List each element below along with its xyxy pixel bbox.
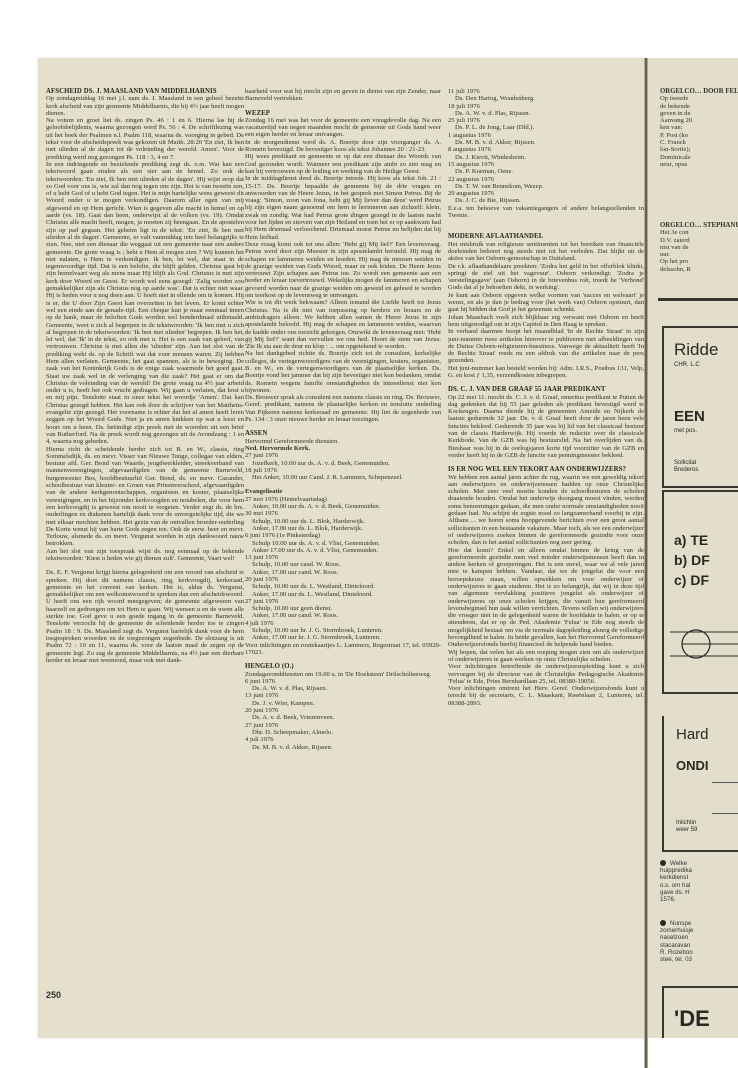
notice-nunspeet-body: zomerhuisjenaselzoenstacaravanR. Rozeboo… <box>660 927 693 963</box>
paragraph: In de morgendienst werd ds. A. Boertje d… <box>245 139 441 154</box>
text-line: P. Post (ko <box>660 132 738 139</box>
paragraph: Hierna richt de scheidende herder zich t… <box>46 446 244 548</box>
paragraph: Voor inlichtingen betreffende de onderwi… <box>448 663 644 685</box>
bullet-icon <box>660 920 666 926</box>
assen-info: Voor inlichtingen en routekaartjes L. La… <box>245 642 441 657</box>
text-line: de bekende <box>660 103 738 110</box>
ad-ridder-sub: CHR. L.C <box>674 362 700 368</box>
text-line: nist van de <box>660 244 738 251</box>
orgelconcert-1: ORGELCO… DOOR FEI… ST. STEVE… Op tweeded… <box>660 88 738 168</box>
schedule-date: 8 augustus 1976 <box>448 146 644 153</box>
schedule-date: 18 juli 1976 <box>448 103 644 110</box>
heading-wezep: WEZEP <box>245 110 441 117</box>
heading-aflaathandel: MODERNE AFLAATHANDEL <box>448 233 644 240</box>
schedule-date: 25 juli 1976 <box>448 117 644 124</box>
hengelo-note: E.e.a. ten behoeve van vakantiegangers o… <box>448 205 644 220</box>
schedule-entry: Anker, 17.00 uur ds. L. Blok, Harderwijk… <box>245 525 441 532</box>
ad-harderwijk-footer-line: Inlichtin <box>676 820 697 827</box>
schedule-date: 20 juni 1976 <box>245 707 441 714</box>
heading-orgelconcert-1: ORGELCO… DOOR FEI… ST. STEVE… <box>660 88 738 95</box>
notice-welke: Welke hulppredikakerkdiensto.s. om halga… <box>660 860 692 903</box>
text-line: neur, opus <box>660 161 738 168</box>
paragraph: Deze vraag komt ook tot ons allen: 'Hebt… <box>245 241 441 299</box>
paragraph: De r.k. aflaathandelaars preekten: 'Zodr… <box>448 263 644 292</box>
schedule-entry: Ds. M. B. v. d. Akker, Rijssen. <box>448 139 644 146</box>
heading-assen: ASSEN <box>245 430 441 437</box>
schedule-entry: Ds. T. W. van Bennekom, Wezep. <box>448 183 644 190</box>
ad-harderwijk-title: Hard <box>676 726 709 743</box>
bullet-icon <box>660 860 666 866</box>
text-line: Op het pro <box>660 258 738 265</box>
schedule-entry: Ds. M. B. v. d. Akker, Rijssen. <box>245 744 441 751</box>
paragraph: Op zondagmiddag 16 mei j.l. nam ds. J. M… <box>46 95 244 117</box>
ad-ridder-footer-line: Sollicitat <box>674 460 698 467</box>
paragraph: Het juni-nummer kan besteld worden bij: … <box>448 365 644 380</box>
paragraph: In de middagdienst deed ds. Boertje intr… <box>245 175 441 241</box>
paragraph: Het misbruik van religieuze sentimenten … <box>448 241 644 263</box>
text-line: Dominicale <box>660 154 738 161</box>
schedule-entry: Ds. J. v. Wier, Kampen. <box>245 700 441 707</box>
text-line: Het 3e con <box>660 229 738 236</box>
column-3: 11 juli 1976Ds. Den Hartog, Woudenberg.1… <box>448 88 644 707</box>
orgelconcert-1-body: Op tweedede bekendegeven in deAanvang 20… <box>660 95 738 168</box>
heading-onderwijzers: IS ER NOG WEL EEN TEKORT AAN ONDERWIJZER… <box>448 466 644 473</box>
article-onderwijzers-body: We hebben een aantal jaren achter de rug… <box>448 474 644 708</box>
notice-line: Nunspe <box>670 920 691 927</box>
text-line: stee, tel. 03 <box>660 956 693 963</box>
schedule-date: 15 augustus 1976 <box>448 161 644 168</box>
schedule-entry: Ds. J. Kievit, Windesheim. <box>448 154 644 161</box>
evangelisatie-heading: Evangelisatie <box>245 488 441 495</box>
text-line: R. Rozeboo <box>660 949 693 956</box>
logo-icon <box>670 624 738 664</box>
ad-ridder-footer: Sollicitat Brederos <box>674 460 698 474</box>
notice-welke-body: hulppredikakerkdiensto.s. om halgave ds.… <box>660 867 692 903</box>
ad-vacancy-item: b) DF <box>674 550 710 570</box>
schedule-entry: Schulp, 10.00 uur ds. L. Westland, Dinte… <box>245 583 441 590</box>
text-line: 1576. <box>660 896 692 903</box>
schedule-entry: Schulp, 10.00 uur geen dienst. <box>245 605 441 612</box>
schedule-date: 4 juli 1976 <box>245 736 441 743</box>
schedule-date: 27 juni 1976 <box>245 598 441 605</box>
schedule-entry: Ds. P. L. de Jong, Laar (Dld.). <box>448 124 644 131</box>
article-aflaathandel-body: Het misbruik van religieuze sentimenten … <box>448 241 644 380</box>
assen-schedule: 27 juni 1976Jozefkerk, 10.00 uur ds. A. … <box>245 452 441 481</box>
schedule-date: 18 juli 1976 <box>245 467 441 474</box>
schedule-date: 1 augustus 1976 <box>448 132 644 139</box>
evangelisatie-schedule: 27 mei 1976 (Hemelvaartsdag)Anker, 10.00… <box>245 496 441 642</box>
schedule-date: 20 juni 1976 <box>245 576 441 583</box>
paragraph: In een indringende en bezielende prediki… <box>46 161 244 446</box>
schedule-entry: Ds. P. Koeman, Oene. <box>448 168 644 175</box>
article-wezep-body: Zondag 16 mei was het voor de gemeente e… <box>245 117 441 423</box>
paragraph: In verband daarmee boopt het maandblad '… <box>448 328 644 364</box>
heading-afscheid-maasland: AFSCHEID DS. J. MAASLAND VAN MIDDELHARNI… <box>46 88 244 95</box>
ad-ridder-line: met pos. <box>674 428 697 434</box>
hengelo-intro: Zondagavonddiensten om 19.00 u. in 'De H… <box>245 671 441 678</box>
schedule-entry: Het Anker, 10.00 uur Cand. J. R. Lammers… <box>245 474 441 481</box>
column-2: baarheid voor wat hij mocht zijn en geve… <box>245 88 441 751</box>
schedule-entry: Schulp, 10.00 uur cand. W. Roos. <box>245 561 441 568</box>
schedule-entry: Anker, 10.00 uur ds. A. v. d. Beek, Gene… <box>245 503 441 510</box>
schedule-entry: Schulp 10.00 uur ds. A. v. d. Vlist, Gen… <box>245 540 441 547</box>
paragraph: Aan het slot van zijn toespraak wijst ds… <box>46 548 244 563</box>
paragraph: Hij wees predikant en gemeente er op dat… <box>245 153 441 175</box>
paragraph: Ds. Brouwer sprak als consulent een name… <box>245 394 441 423</box>
advertisement-harderwijk: Hard ONDI Inlichtin weer 59 <box>662 716 738 852</box>
ad-ridder-title: Ridde <box>674 340 718 360</box>
ad-harderwijk-footer-line: weer 59 <box>676 827 697 834</box>
heading-hengelo: HENGELO (O.) <box>245 663 441 670</box>
schedule-date: 6 juni 1976 (1e Pinksterdag) <box>245 532 441 539</box>
schedule-entry: Ds. A. W. v. d. Plas, Rijssen. <box>448 110 644 117</box>
text-line: C. Franck <box>660 139 738 146</box>
continuation-text: baarheid voor wat hij mocht zijn en geve… <box>245 88 441 103</box>
article-afscheid-body: Op zondagmiddag 16 mei j.l. nam ds. J. M… <box>46 95 244 562</box>
schedule-date: 27 juni 1976 <box>245 452 441 459</box>
text-line: ken van: <box>660 124 738 131</box>
text-line: hulppredika <box>660 867 692 874</box>
schedule-date: 6 juni 1976 <box>245 678 441 685</box>
schedule-date: 4 juli 1976 <box>245 620 441 627</box>
schedule-entry: Anker, 17.00 uur ds. L. Westland, Dintel… <box>245 591 441 598</box>
paragraph: Na het dankgebed richtte ds. Boertje zic… <box>245 350 441 394</box>
text-line: uur. <box>660 251 738 258</box>
paragraph: Wie is tot dit werk bekwaam? Alleen iema… <box>245 299 441 350</box>
ad-ridder-heading: EEN <box>674 408 705 425</box>
ad-harderwijk-heading: ONDI <box>676 758 709 773</box>
text-line: delssohn, R <box>660 266 738 273</box>
schedule-date: 27 mei 1976 (Hemelvaartsdag) <box>245 496 441 503</box>
hengelo-schedule: 6 juni 1976Ds. A. W. v. d. Plas, Rijssen… <box>245 678 441 751</box>
schedule-entry: Dhr. D. Scheepmaker, Almelo. <box>245 729 441 736</box>
text-line: lon-Sortie); <box>660 146 738 153</box>
ad-de-heading: 'DE <box>674 1006 710 1032</box>
schedule-date: 22 augustus 1976 <box>448 176 644 183</box>
column-1: AFSCHEID DS. J. MAASLAND VAN MIDDELHARNI… <box>46 88 244 664</box>
article-van-der-graaf-body: Op 22 mei 11. mocht ds. C. J. v. d. Graa… <box>448 394 644 460</box>
paragraph: Hoe dat komt? Enkel en alleen omdat binn… <box>448 547 644 649</box>
notice-nunspeet: Nunspe zomerhuisjenaselzoenstacaravanR. … <box>660 920 693 963</box>
text-line: gave ds. H <box>660 889 692 896</box>
paragraph: Wij hopen, dat velen het als een roeping… <box>448 649 644 664</box>
orgelconcert-2: ORGELCO… STEPHANU… Het 3e conD.V. zaterd… <box>660 222 738 273</box>
schedule-entry: Ds. J. C. de Bie, Rijssen. <box>448 197 644 204</box>
schedule-date: 30 mei 1976 <box>245 510 441 517</box>
paragraph: Voor inlichtingen omtrent het Herv. Gere… <box>448 685 644 707</box>
text-line: kerkdienst <box>660 874 692 881</box>
schedule-entry: Ds. Den Hartog, Woudenberg. <box>448 95 644 102</box>
paragraph: Ds. E. F. Vergunst krijgt hierna gelegen… <box>46 569 244 664</box>
divider-rule <box>658 298 738 301</box>
schedule-date: 11 juli 1976 <box>448 88 644 95</box>
schedule-entry: Schulp, 10.00 uur ds. L. Blok, Harderwij… <box>245 518 441 525</box>
schedule-date: 13 juni 1976 <box>245 692 441 699</box>
schedule-entry: Ds. A. W. v. d. Plas, Rijssen. <box>245 685 441 692</box>
schedule-entry: Anker, 17.00 uur hr. J. G. Stormbroek, L… <box>245 634 441 641</box>
schedule-entry: Anker 17.00 uur ds. A. v. d. Vlist, Gene… <box>245 547 441 554</box>
schedule-entry: Schulp, 10.00 uur hr. J. G. Stormbroek, … <box>245 627 441 634</box>
ad-harderwijk-footer: Inlichtin weer 59 <box>676 820 697 834</box>
text-line: Op tweede <box>660 95 738 102</box>
paragraph: Zondag 16 mei was het voor de gemeente e… <box>245 117 441 139</box>
page-number: 250 <box>46 990 61 1000</box>
advertisement-vacancies: a) TE b) DF c) DF <box>662 490 738 694</box>
schedule-date: 27 juni 1976 <box>245 722 441 729</box>
assen-intro: Hervormd Gereformeerde diensten. <box>245 438 441 445</box>
schedule-date: 13 juni 1976 <box>245 554 441 561</box>
ad-vacancy-item: c) DF <box>674 570 710 590</box>
newspaper-page-left: AFSCHEID DS. J. MAASLAND VAN MIDDELHARNI… <box>38 58 646 1038</box>
ad-vacancy-item: a) TE <box>674 530 710 550</box>
hengelo-schedule-continued: 11 juli 1976Ds. Den Hartog, Woudenberg.1… <box>448 88 644 205</box>
text-line: D.V. zaterd <box>660 237 738 244</box>
notice-line: Welke <box>670 860 687 867</box>
heading-orgelconcert-2: ORGELCO… STEPHANU… <box>660 222 738 229</box>
ad-vacancy-list: a) TE b) DF c) DF <box>674 530 710 590</box>
advertisement-de: 'DE <box>662 986 738 1038</box>
schedule-entry: Anker, 17.00 uur cand. W. Roos. <box>245 612 441 619</box>
text-line: o.s. om hal <box>660 882 692 889</box>
paragraph: Na votum en groet liet ds. zingen Ps. 46… <box>46 117 244 161</box>
paragraph: Je kunt aan Osborn opgeven welke vormen … <box>448 292 644 314</box>
schedule-entry: Jozefkerk, 10.00 uur ds. A. v. d. Beek, … <box>245 460 441 467</box>
newspaper-page-right: ORGELCO… DOOR FEI… ST. STEVE… Op tweeded… <box>648 58 738 1038</box>
text-line: stacaravan <box>660 942 693 949</box>
advertisement-ridder: Ridde CHR. L.C EEN met pos. Sollicitat B… <box>662 326 738 488</box>
paragraph: We hebben een aantal jaren achter de rug… <box>448 474 644 547</box>
ad-harderwijk-lines <box>712 782 738 814</box>
text-line: Aanvang 20 <box>660 117 738 124</box>
article-afscheid-vergunst: Ds. E. F. Vergunst krijgt hierna gelegen… <box>46 569 244 664</box>
text-line: zomerhuisje <box>660 927 693 934</box>
text-line: naselzoen <box>660 934 693 941</box>
assen-subheading: Ned. Hervormde Kerk. <box>245 445 441 452</box>
ad-ridder-footer-line: Brederos <box>674 467 698 474</box>
schedule-entry: Anker, 17.00 uur cand. W. Roos. <box>245 569 441 576</box>
orgelconcert-2-body: Het 3e conD.V. zaterdnist van deuur.Op h… <box>660 229 738 273</box>
paragraph: Johan Maasbach voelt zich blijkbaar erg … <box>448 314 644 329</box>
schedule-entry: Ds. A. v. d. Beek, Vriezenveen. <box>245 714 441 721</box>
heading-van-der-graaf: DS. C. J. VAN DER GRAAF 55 JAAR PREDIKAN… <box>448 386 644 393</box>
text-line: geven in de <box>660 110 738 117</box>
schedule-date: 29 augustus 1976 <box>448 190 644 197</box>
